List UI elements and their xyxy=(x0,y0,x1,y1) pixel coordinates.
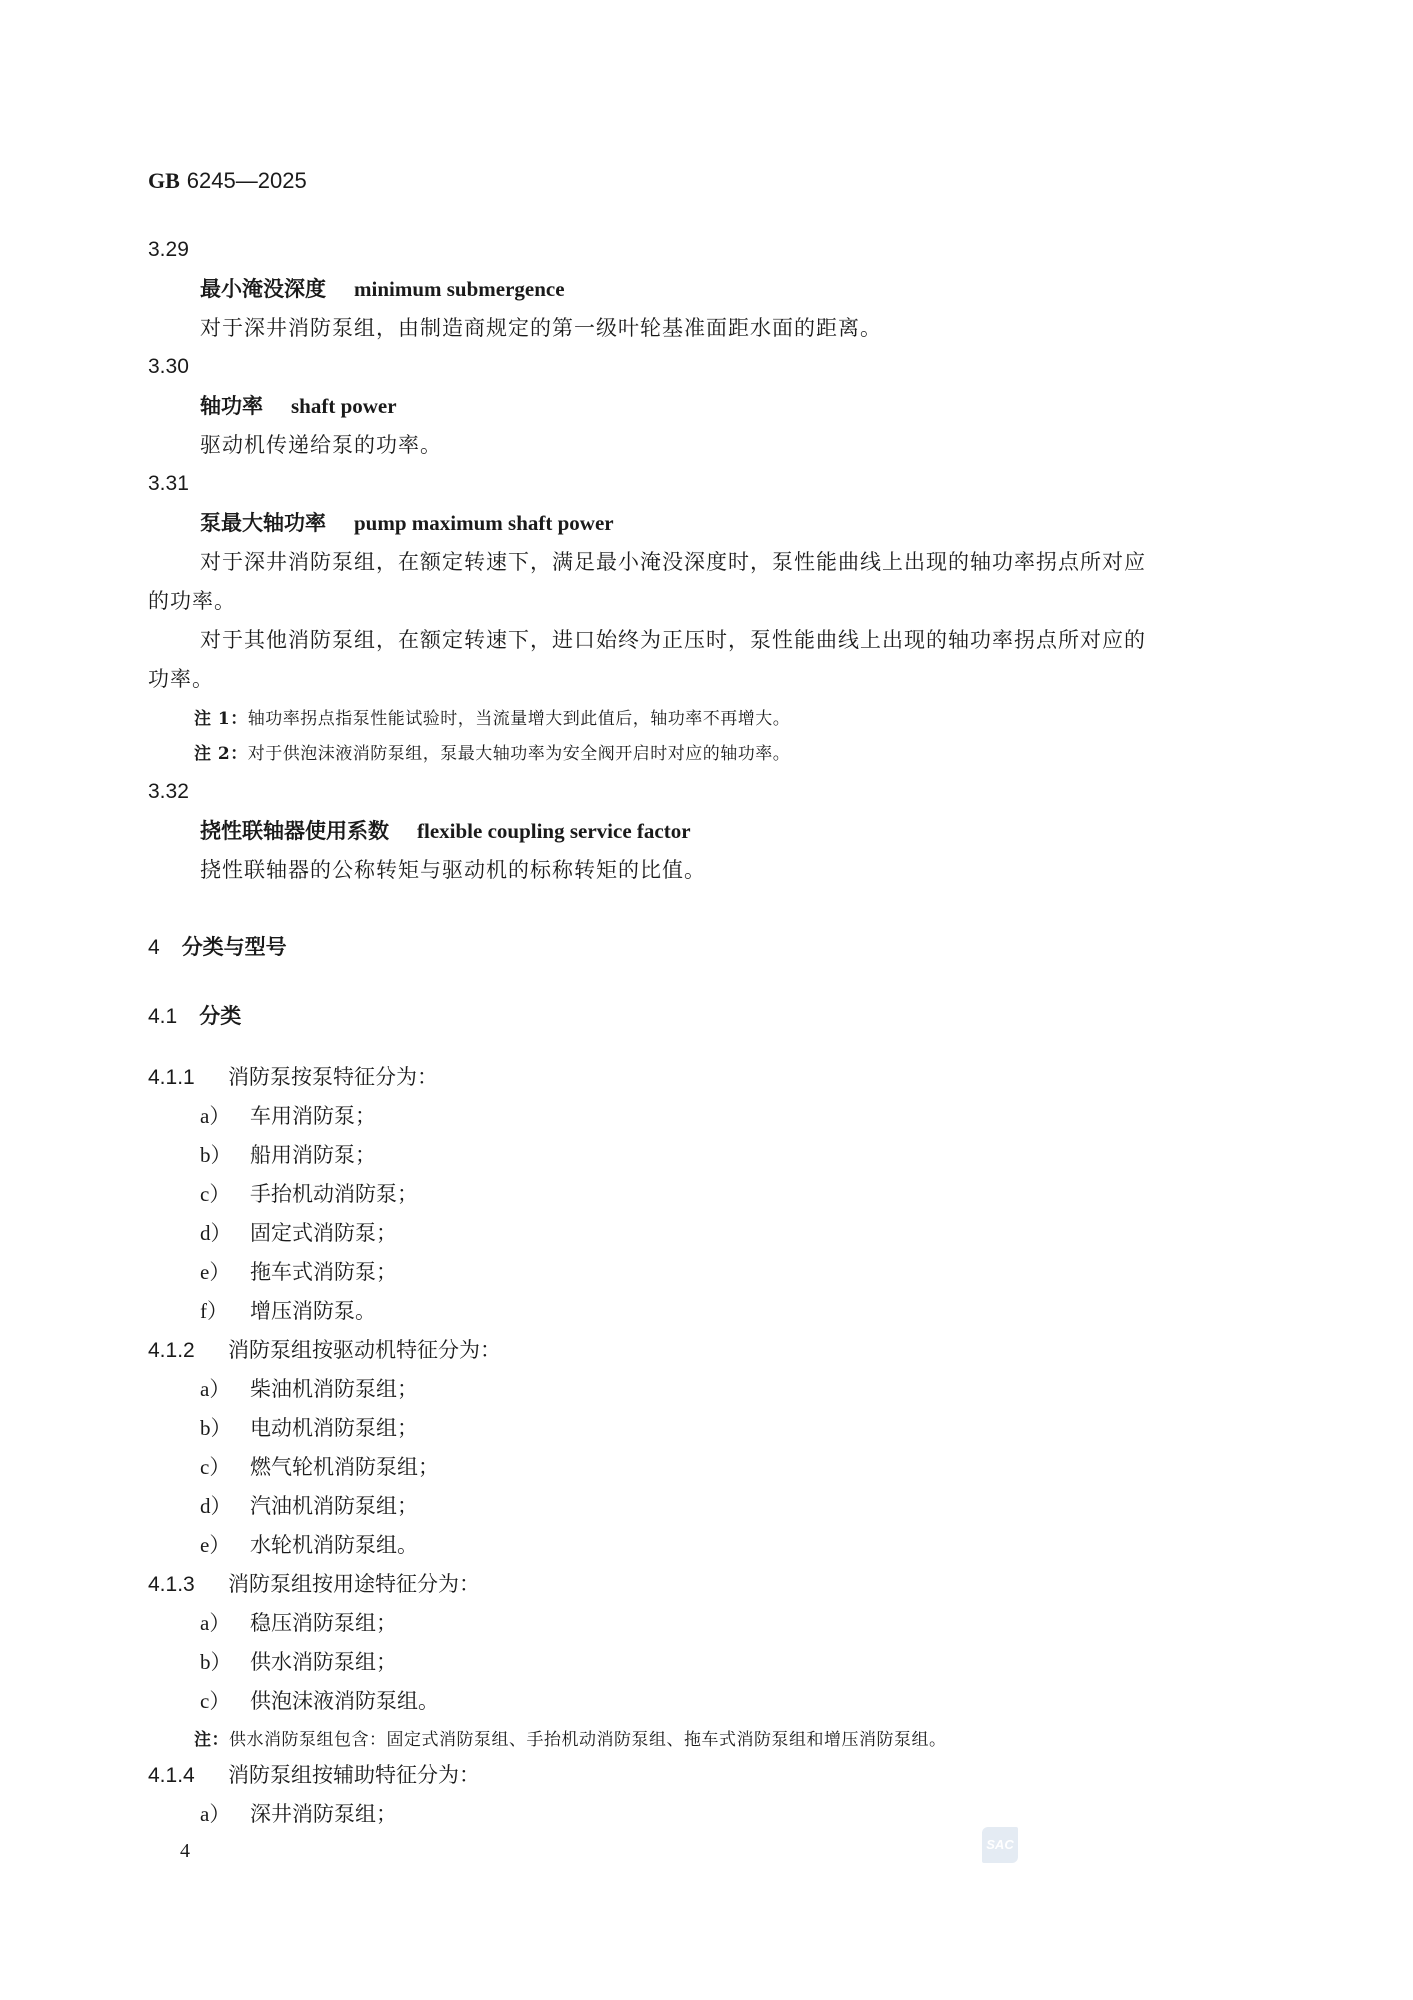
clause-number: 4.1.2 xyxy=(148,1336,228,1366)
term-zh: 轴功率 xyxy=(200,393,263,418)
sac-logo: SAC xyxy=(982,1827,1018,1863)
clause-number: 4.1.4 xyxy=(148,1761,228,1791)
term-title: 挠性联轴器使用系数flexible coupling service facto… xyxy=(200,816,691,846)
section-title: 分类与型号 xyxy=(182,935,287,959)
term-definition: 对于其他消防泵组，在额定转速下，进口始终为正压时，泵性能曲线上出现的轴功率拐点所… xyxy=(200,625,1146,655)
list-item: a）柴油机消防泵组； xyxy=(200,1374,418,1404)
section-number: 4 xyxy=(148,936,160,959)
list-text: 固定式消防泵； xyxy=(250,1221,397,1245)
list-text: 增压消防泵。 xyxy=(250,1299,376,1323)
list-item: b）船用消防泵； xyxy=(200,1140,376,1170)
clause-text: 消防泵组按驱动机特征分为： xyxy=(228,1338,501,1362)
list-marker: c） xyxy=(200,1686,250,1716)
term-title: 轴功率shaft power xyxy=(200,391,397,421)
list-marker: e） xyxy=(200,1530,250,1560)
term-title: 最小淹没深度minimum submergence xyxy=(200,274,565,304)
clause-number: 4.1.1 xyxy=(148,1063,228,1093)
list-marker: c） xyxy=(200,1452,250,1482)
list-text: 稳压消防泵组； xyxy=(250,1611,397,1635)
list-item: d）固定式消防泵； xyxy=(200,1218,397,1248)
term-number: 3.30 xyxy=(148,352,189,382)
term-number: 3.31 xyxy=(148,469,189,499)
list-marker: a） xyxy=(200,1799,250,1829)
list-item: e）水轮机消防泵组。 xyxy=(200,1530,418,1560)
list-text: 深井消防泵组； xyxy=(250,1802,397,1826)
list-item: b）供水消防泵组； xyxy=(200,1647,397,1677)
list-marker: a） xyxy=(200,1374,250,1404)
clause-text: 消防泵按泵特征分为： xyxy=(228,1065,438,1089)
clause-text: 消防泵组按辅助特征分为： xyxy=(228,1763,480,1787)
list-marker: d） xyxy=(200,1491,250,1521)
list-text: 供泡沫液消防泵组。 xyxy=(250,1689,439,1713)
term-definition-continued: 功率。 xyxy=(148,664,214,694)
section-heading: 4分类与型号 xyxy=(148,932,287,963)
note: 注：供水消防泵组包含：固定式消防泵组、手抬机动消防泵组、拖车式消防泵组和增压消防… xyxy=(194,1725,947,1755)
clause-text: 消防泵组按用途特征分为： xyxy=(228,1572,480,1596)
term-zh: 泵最大轴功率 xyxy=(200,510,326,535)
note-text: 供水消防泵组包含：固定式消防泵组、手抬机动消防泵组、拖车式消防泵组和增压消防泵组… xyxy=(229,1730,947,1750)
subsection-heading: 4.1分类 xyxy=(148,1001,241,1032)
term-definition: 对于深井消防泵组，在额定转速下，满足最小淹没深度时，泵性能曲线上出现的轴功率拐点… xyxy=(200,547,1146,577)
list-marker: d） xyxy=(200,1218,250,1248)
note: 注 1：轴功率拐点指泵性能试验时，当流量增大到此值后，轴功率不再增大。 xyxy=(194,704,790,734)
list-item: a）深井消防泵组； xyxy=(200,1799,397,1829)
list-text: 拖车式消防泵； xyxy=(250,1260,397,1284)
term-zh: 挠性联轴器使用系数 xyxy=(200,818,389,843)
term-en: minimum submergence xyxy=(354,277,565,301)
list-item: f）增压消防泵。 xyxy=(200,1296,376,1326)
clause: 4.1.4消防泵组按辅助特征分为： xyxy=(148,1760,480,1791)
list-text: 水轮机消防泵组。 xyxy=(250,1533,418,1557)
clause: 4.1.2消防泵组按驱动机特征分为： xyxy=(148,1335,501,1366)
clause: 4.1.1消防泵按泵特征分为： xyxy=(148,1062,438,1093)
section-title: 分类 xyxy=(199,1004,241,1028)
list-item: a）稳压消防泵组； xyxy=(200,1608,397,1638)
list-item: d）汽油机消防泵组； xyxy=(200,1491,418,1521)
clause: 4.1.3消防泵组按用途特征分为： xyxy=(148,1569,480,1600)
term-definition-continued: 的功率。 xyxy=(148,586,236,616)
term-definition: 挠性联轴器的公称转矩与驱动机的标称转矩的比值。 xyxy=(200,855,706,885)
list-text: 电动机消防泵组； xyxy=(250,1416,418,1440)
page-number: 4 xyxy=(180,1836,190,1866)
term-title: 泵最大轴功率pump maximum shaft power xyxy=(200,508,614,538)
list-item: c）燃气轮机消防泵组； xyxy=(200,1452,439,1482)
list-marker: a） xyxy=(200,1101,250,1131)
list-marker: e） xyxy=(200,1257,250,1287)
list-text: 供水消防泵组； xyxy=(250,1650,397,1674)
term-number: 3.32 xyxy=(148,777,189,807)
term-number: 3.29 xyxy=(148,235,189,265)
term-definition: 驱动机传递给泵的功率。 xyxy=(200,430,442,460)
list-text: 船用消防泵； xyxy=(250,1143,376,1167)
list-text: 车用消防泵； xyxy=(250,1104,376,1128)
list-item: b）电动机消防泵组； xyxy=(200,1413,418,1443)
standard-prefix: GB xyxy=(148,168,180,193)
list-marker: b） xyxy=(200,1140,250,1170)
list-marker: b） xyxy=(200,1413,250,1443)
note: 注 2：对于供泡沫液消防泵组，泵最大轴功率为安全阀开启时对应的轴功率。 xyxy=(194,739,790,769)
list-item: a）车用消防泵； xyxy=(200,1101,376,1131)
note-label: 注 2： xyxy=(194,744,248,764)
clause-number: 4.1.3 xyxy=(148,1570,228,1600)
list-text: 汽油机消防泵组； xyxy=(250,1494,418,1518)
list-marker: a） xyxy=(200,1608,250,1638)
term-en: pump maximum shaft power xyxy=(354,511,614,535)
standard-number: 6245—2025 xyxy=(187,168,307,193)
list-text: 燃气轮机消防泵组； xyxy=(250,1455,439,1479)
list-text: 柴油机消防泵组； xyxy=(250,1377,418,1401)
list-item: e）拖车式消防泵； xyxy=(200,1257,397,1287)
section-number: 4.1 xyxy=(148,1005,177,1028)
list-marker: f） xyxy=(200,1296,250,1326)
document-header: GB 6245—2025 xyxy=(148,166,307,197)
list-marker: c） xyxy=(200,1179,250,1209)
note-text: 轴功率拐点指泵性能试验时，当流量增大到此值后，轴功率不再增大。 xyxy=(248,709,791,729)
list-marker: b） xyxy=(200,1647,250,1677)
note-label: 注： xyxy=(194,1730,229,1750)
note-text: 对于供泡沫液消防泵组，泵最大轴功率为安全阀开启时对应的轴功率。 xyxy=(248,744,791,764)
term-en: shaft power xyxy=(291,394,397,418)
list-item: c）手抬机动消防泵； xyxy=(200,1179,418,1209)
note-label: 注 1： xyxy=(194,709,248,729)
list-item: c）供泡沫液消防泵组。 xyxy=(200,1686,439,1716)
term-zh: 最小淹没深度 xyxy=(200,276,326,301)
list-text: 手抬机动消防泵； xyxy=(250,1182,418,1206)
term-en: flexible coupling service factor xyxy=(417,819,691,843)
term-definition: 对于深井消防泵组，由制造商规定的第一级叶轮基准面距水面的距离。 xyxy=(200,313,882,343)
